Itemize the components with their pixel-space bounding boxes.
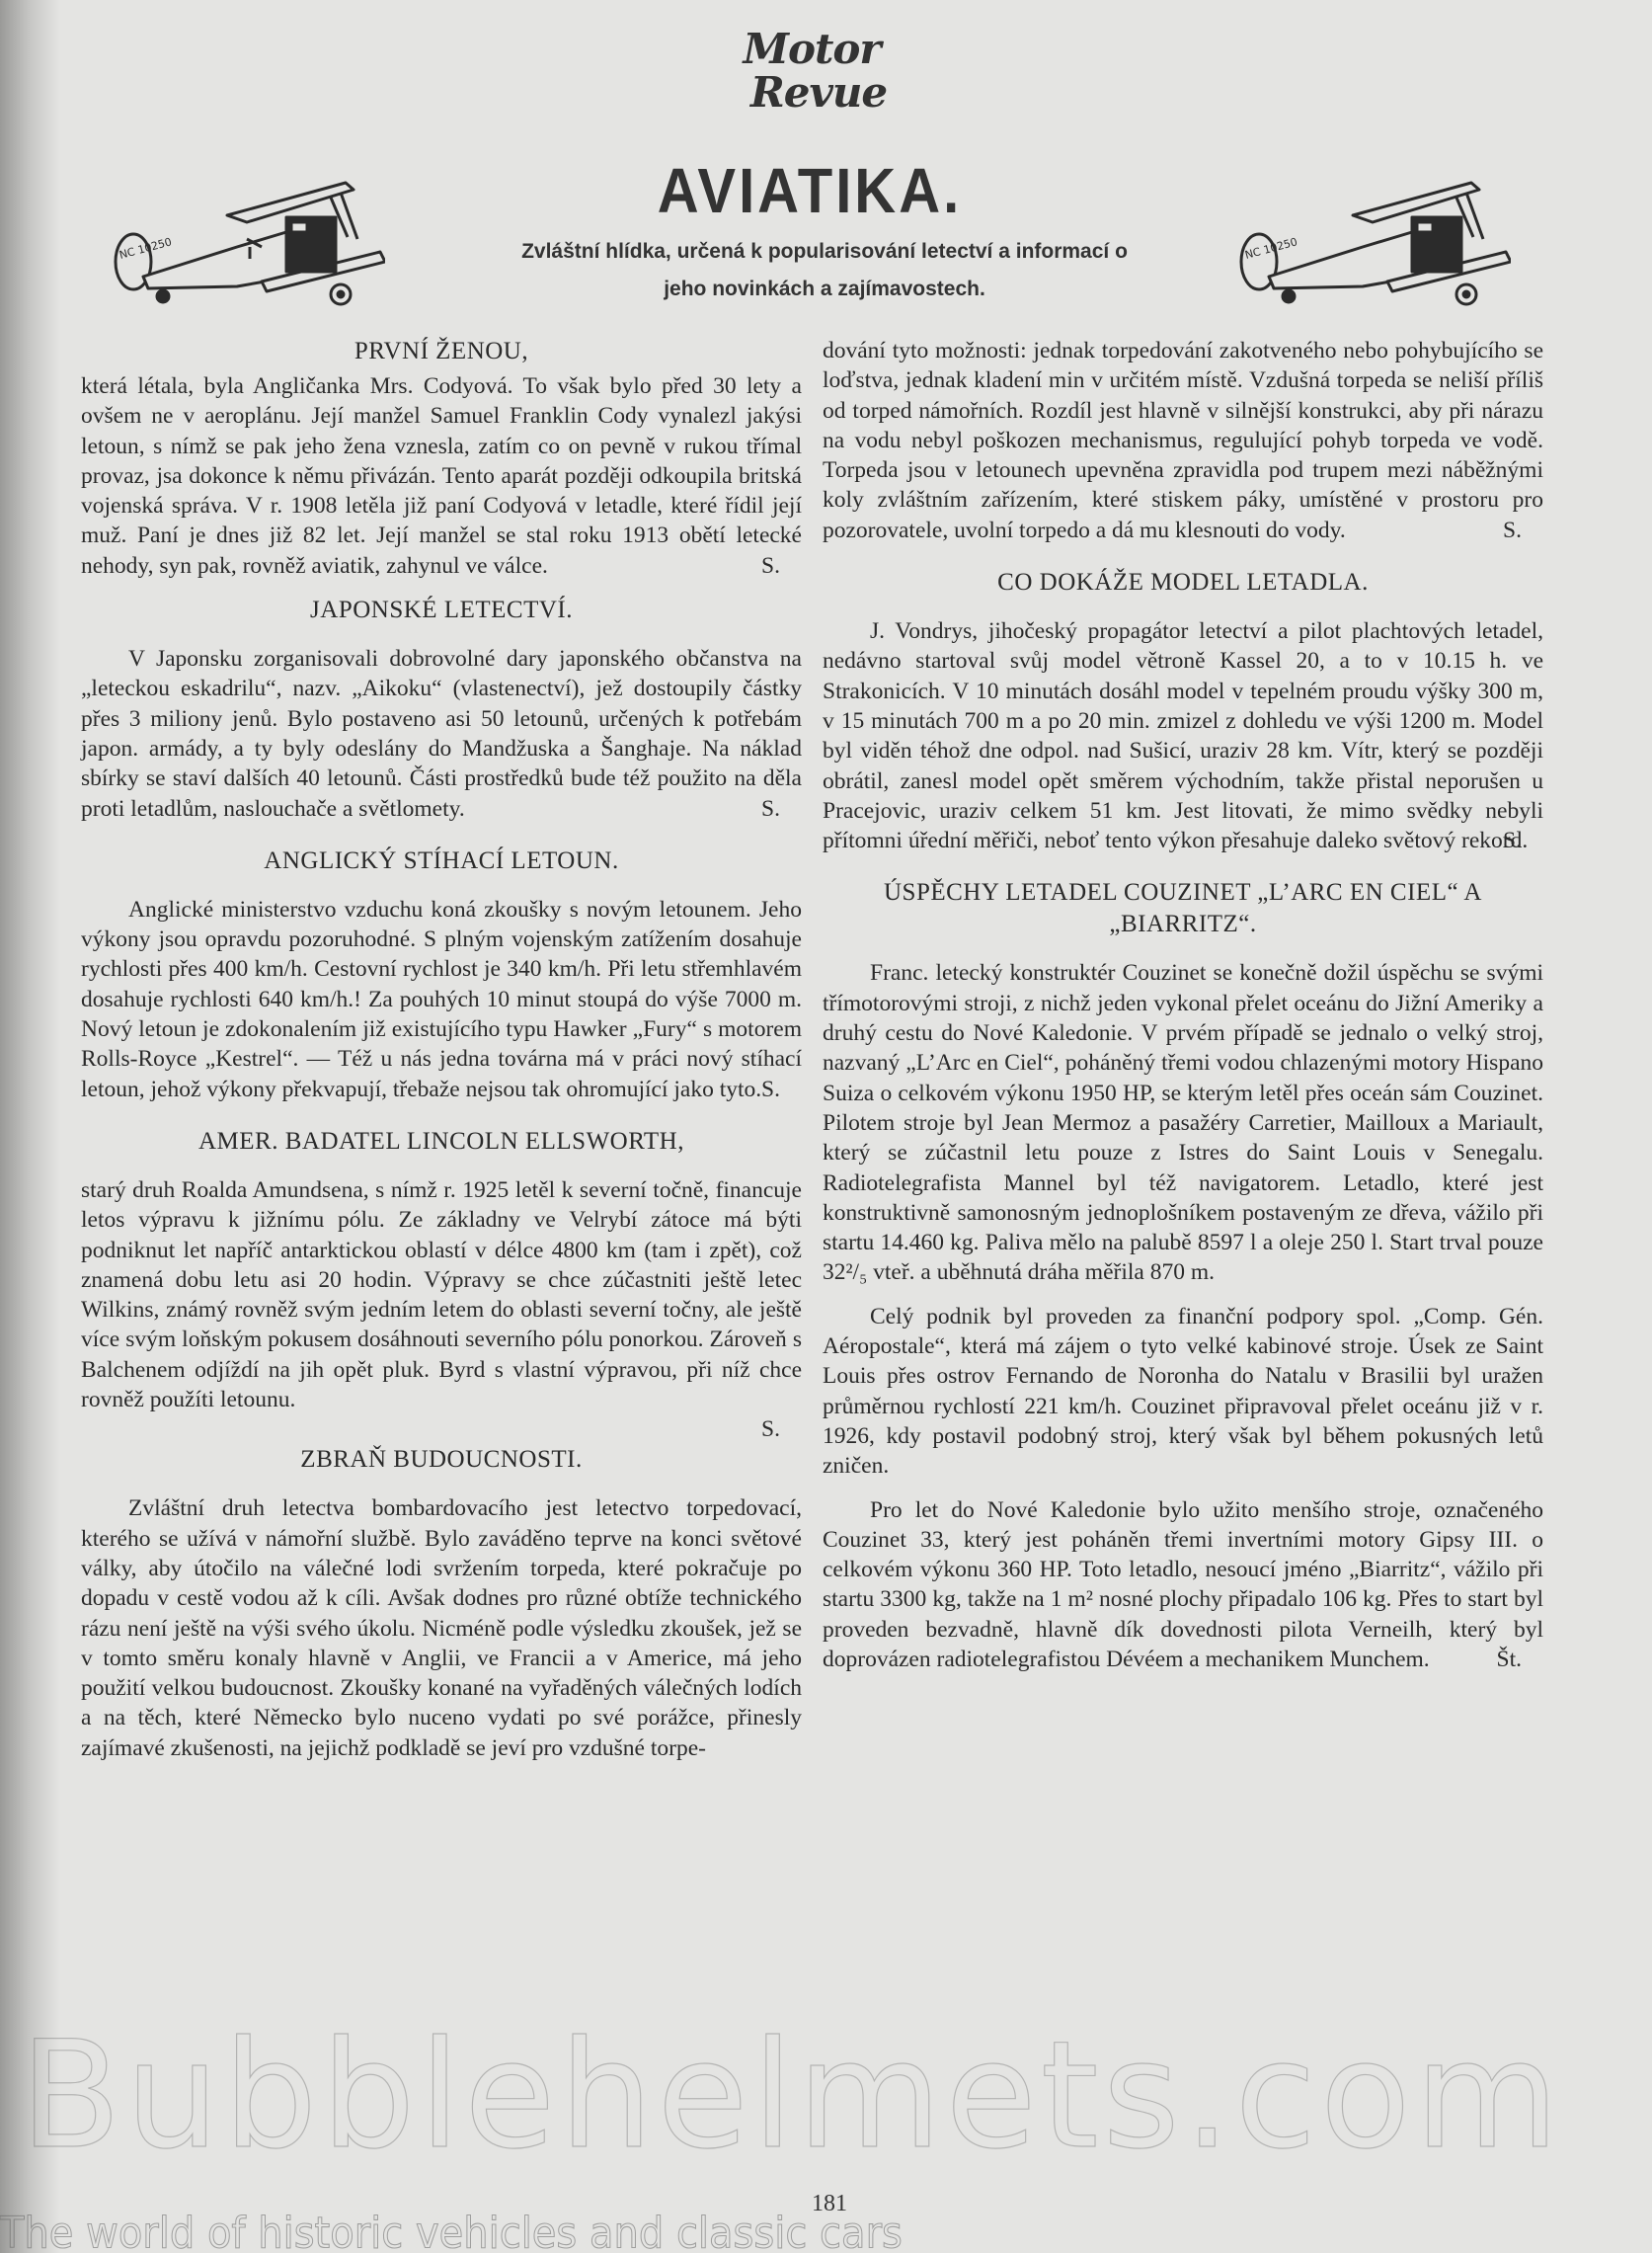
article-headline: CO DOKÁŽE MODEL LETADLA.	[823, 567, 1543, 599]
author-signature: S.	[81, 1414, 802, 1444]
article-anglicky-stihaci-letoun: ANGLICKÝ STÍHACÍ LETOUN. Anglické minist…	[81, 845, 802, 1104]
section-title: AVIATIKA.	[553, 155, 1066, 228]
subtitle-line-1: Zvláštní hlídka, určená k popularisování…	[434, 233, 1215, 271]
page-number: 181	[790, 2191, 869, 2217]
article-paragraph: dování tyto možnosti: jednak torpedování…	[823, 336, 1543, 545]
biplane-illustration-left-icon: NC 10250	[89, 178, 385, 316]
logo-line-1: Motor	[713, 28, 910, 71]
subtitle-line-2: jeho novinkách a zajímavostech.	[434, 271, 1215, 308]
logo-line-2: Revue	[727, 71, 910, 115]
article-paragraph: Anglické ministerstvo vzduchu koná zkouš…	[81, 895, 802, 1104]
page-binding-shadow	[0, 0, 59, 2253]
article-paragraph: Zvláštní druh letectva bombardovacího je…	[81, 1493, 802, 1763]
right-column: dování tyto možnosti: jednak torpedování…	[823, 336, 1543, 1674]
article-co-dokaze-model-letadla: CO DOKÁŽE MODEL LETADLA. J. Vondrys, jih…	[823, 567, 1543, 855]
article-headline: JAPONSKÉ LETECTVÍ.	[81, 595, 802, 626]
article-uspechy-couzinet: ÚSPĚCHY LETADEL COUZINET „L’ARC EN CIEL“…	[823, 877, 1543, 1674]
article-lincoln-ellsworth: AMER. BADATEL LINCOLN ELLSWORTH, starý d…	[81, 1126, 802, 1444]
article-zbran-budoucnosti: ZBRAŇ BUDOUCNOSTI. Zvláštní druh letectv…	[81, 1444, 802, 1763]
article-paragraph: J. Vondrys, jihočeský propagátor letectv…	[823, 616, 1543, 855]
article-paragraph: Franc. letecký konstruktér Couzinet se k…	[823, 958, 1543, 1287]
section-subtitle: Zvláštní hlídka, určená k popularisování…	[434, 233, 1215, 308]
motor-revue-logo: Motor Revue	[713, 28, 910, 115]
article-headline: ÚSPĚCHY LETADEL COUZINET „L’ARC EN CIEL“…	[823, 877, 1543, 940]
article-japonske-letectvi: JAPONSKÉ LETECTVÍ. V Japonsku zorganisov…	[81, 595, 802, 824]
watermark-site-name: Bubblehelmets.com	[20, 2010, 1563, 2182]
article-paragraph: Celý podnik byl proveden za finanční pod…	[823, 1302, 1543, 1482]
article-paragraph: starý druh Roalda Amundsena, s nímž r. 1…	[81, 1175, 802, 1414]
article-headline: ANGLICKÝ STÍHACÍ LETOUN.	[81, 845, 802, 877]
watermark-tagline: The world of historic vehicles and class…	[0, 2209, 903, 2253]
article-headline: AMER. BADATEL LINCOLN ELLSWORTH,	[81, 1126, 802, 1158]
article-headline: PRVNÍ ŽENOU,	[81, 336, 802, 367]
article-zbran-budoucnosti-continued: dování tyto možnosti: jednak torpedování…	[823, 336, 1543, 545]
biplane-illustration-right-icon: NC 10250	[1215, 178, 1511, 316]
article-prvni-zenou: PRVNÍ ŽENOU, která létala, byla Angličan…	[81, 336, 802, 581]
left-column: PRVNÍ ŽENOU, která létala, byla Angličan…	[81, 336, 802, 1763]
article-paragraph: která létala, byla Angličanka Mrs. Codyo…	[81, 371, 802, 581]
article-headline: ZBRAŇ BUDOUCNOSTI.	[81, 1444, 802, 1476]
